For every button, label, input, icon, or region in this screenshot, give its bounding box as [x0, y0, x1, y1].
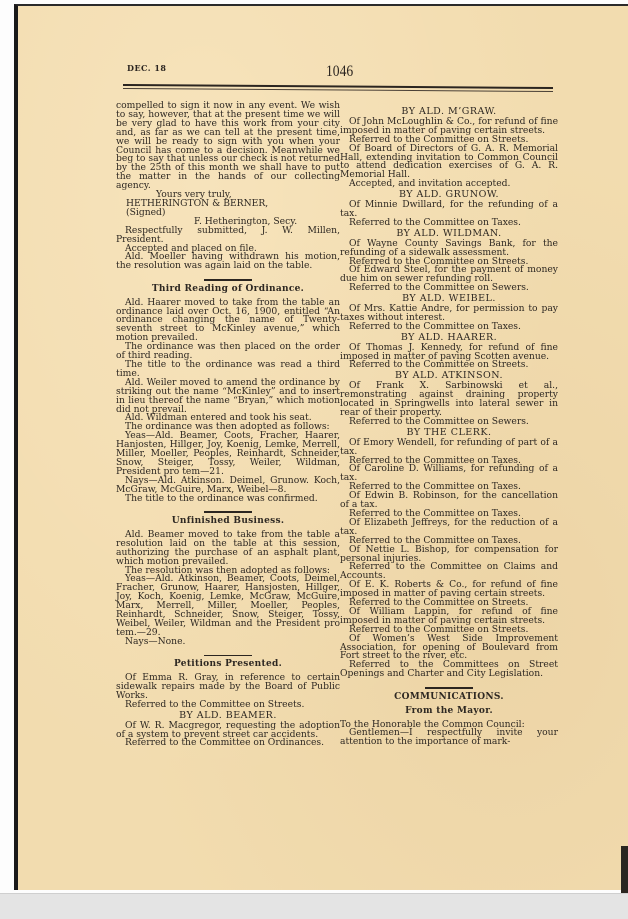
paragraph: Referred to the Committee on Sewers. — [340, 284, 558, 293]
paragraph: Referred to the Committee on Taxes. — [340, 323, 558, 332]
paragraph: Of Wayne County Savings Bank, for the re… — [340, 240, 558, 258]
section-divider — [204, 655, 252, 657]
paragraph: Accepted, and invitation accepted. — [340, 180, 558, 189]
paragraph: Of Women’s West Side Improvement Associa… — [340, 635, 558, 662]
nays-list: Nays—Ald. Atkinson. Deimel, Grunow. Koch… — [116, 477, 340, 495]
section-heading-third-reading: Third Reading of Ordinance. — [116, 285, 340, 294]
section-subheading-mayor: From the Mayor. — [340, 707, 558, 716]
submitted-text: Respectfully submitted, J. W. Millen, Pr… — [116, 227, 340, 245]
yeas-list: Yeas—Ald. Atkinson, Beamer, Coots, Deime… — [116, 575, 340, 637]
paragraph: Referred to the Committee on Streets. — [340, 361, 558, 370]
binding-edge — [621, 846, 628, 898]
left-column: compelled to sign it now in any event. W… — [116, 102, 340, 748]
paragraph: Of Emma R. Gray, in reference to certain… — [116, 674, 340, 701]
paragraph: Ald. Beamer moved to take from the table… — [116, 531, 340, 567]
paragraph: Ald. Weiler moved to amend the ordinance… — [116, 379, 340, 415]
page-number: 1046 — [326, 63, 353, 81]
paragraph: Referred to the Committee on Sewers. — [340, 418, 558, 427]
paragraph: Gentlemen—I respectfully invite your att… — [340, 729, 558, 747]
page-date: DEC. 18 — [127, 63, 166, 73]
paragraph: Ald. Haarer moved to take from the table… — [116, 299, 340, 344]
paragraph: Referred to the Committee on Ordinances. — [116, 739, 340, 748]
nays-list: Nays—None. — [116, 638, 340, 647]
section-divider — [204, 279, 252, 281]
paragraph: Referred to the Committees on Street Ope… — [340, 661, 558, 679]
viewer-bottom-bar — [0, 893, 628, 919]
paragraph: Referred to the Committee on Taxes. — [340, 219, 558, 228]
letter-body: compelled to sign it now in any event. W… — [116, 102, 340, 191]
paragraph: Referred to the Committee on Streets. — [116, 701, 340, 710]
paragraph: Of Emory Wendell, for refunding of part … — [340, 439, 558, 457]
section-divider — [204, 511, 252, 513]
section-heading-communications: COMMUNICATIONS. — [340, 693, 558, 702]
yeas-list: Yeas—Ald. Beamer, Coots, Fracher, Haarer… — [116, 432, 340, 477]
section-heading-unfinished: Unfinished Business. — [116, 517, 340, 526]
section-heading-petitions: Petitions Presented. — [116, 660, 340, 669]
right-column: BY ALD. M’GRAW. Of John McLoughlin & Co.… — [340, 106, 558, 747]
paragraph: Of Board of Directors of G. A. R. Memori… — [340, 145, 558, 181]
moeller-text: Ald. Moeller having withdrawn his motion… — [116, 253, 340, 271]
paragraph: The title to the ordinance was confirmed… — [116, 495, 340, 504]
paragraph: Of Frank X. Sarbinowski et al., remonstr… — [340, 382, 558, 418]
section-divider — [425, 687, 473, 689]
